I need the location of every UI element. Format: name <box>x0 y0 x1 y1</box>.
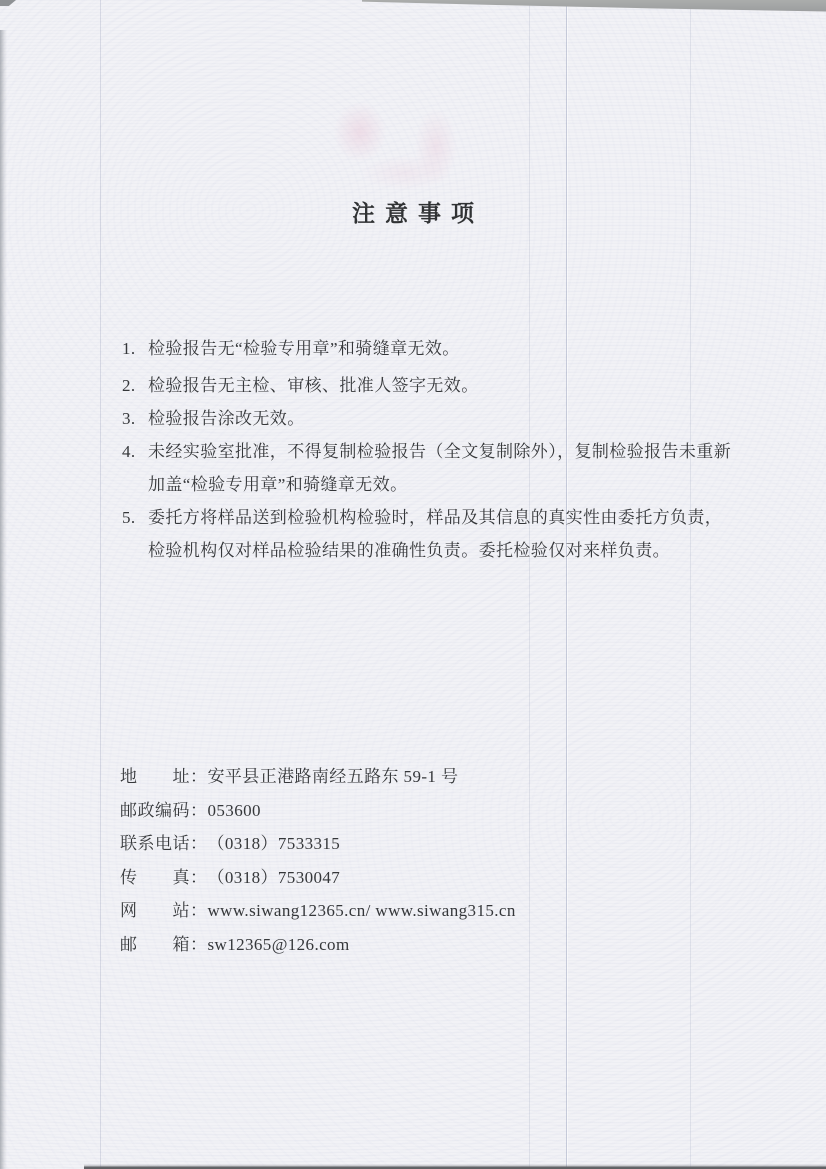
contact-label: 传 真： <box>120 861 208 895</box>
contact-row-phone: 联系电话：（0318）7533315 <box>120 827 516 861</box>
contact-row-postcode: 邮政编码：053600 <box>120 794 516 828</box>
scanned-notice-page: 注意事项 1. 检验报告无“检验专用章”和骑缝章无效。 2. 检验报告无主检、审… <box>0 0 826 1169</box>
fold-line <box>529 0 530 1169</box>
contact-value: 安平县正港路南经五路东 59-1 号 <box>208 767 459 786</box>
contact-value: （0318）7533315 <box>208 834 341 853</box>
contact-value: （0318）7530047 <box>208 868 341 887</box>
fold-line <box>566 0 567 1169</box>
note-item: 4. 未经实验室批准，不得复制检验报告（全文复制除外），复制检验报告未重新 加盖… <box>122 435 742 501</box>
contact-label: 地 址： <box>120 760 208 794</box>
security-paper-texture <box>0 0 826 1169</box>
note-item: 5. 委托方将样品送到检验机构检验时，样品及其信息的真实性由委托方负责， 检验机… <box>122 501 742 567</box>
note-item: 1. 检验报告无“检验专用章”和骑缝章无效。 <box>122 332 742 365</box>
note-text: 未经实验室批准，不得复制检验报告（全文复制除外），复制检验报告未重新 加盖“检验… <box>148 435 731 501</box>
pink-stain <box>325 92 395 172</box>
contact-label: 邮政编码： <box>120 794 208 828</box>
note-number: 1. <box>122 332 148 365</box>
scan-edge-top <box>362 0 826 16</box>
contact-row-website: 网 站：www.siwang12365.cn/ www.siwang315.cn <box>120 894 516 928</box>
note-text: 检验报告涂改无效。 <box>148 402 305 435</box>
pink-stain <box>345 150 465 196</box>
contact-label: 联系电话： <box>120 827 208 861</box>
note-number: 3. <box>122 402 148 435</box>
scan-edge-top-left <box>0 0 16 6</box>
note-text: 检验报告无“检验专用章”和骑缝章无效。 <box>148 332 460 365</box>
note-text: 委托方将样品送到检验机构检验时，样品及其信息的真实性由委托方负责， 检验机构仅对… <box>148 501 722 567</box>
note-number: 4. <box>122 435 148 468</box>
note-number: 5. <box>122 501 148 534</box>
page-title: 注意事项 <box>0 195 826 228</box>
contact-label: 邮 箱： <box>120 928 208 962</box>
note-number: 2. <box>122 369 148 402</box>
contact-value: 053600 <box>208 801 261 820</box>
fold-line <box>100 0 101 1169</box>
fold-line <box>690 0 691 1169</box>
contact-value: www.siwang12365.cn/ www.siwang315.cn <box>208 901 516 920</box>
contact-row-email: 邮 箱：sw12365@126.com <box>120 928 516 962</box>
contact-block: 地 址：安平县正港路南经五路东 59-1 号 邮政编码：053600 联系电话：… <box>120 760 516 961</box>
notes-list: 1. 检验报告无“检验专用章”和骑缝章无效。 2. 检验报告无主检、审核、批准人… <box>122 332 742 567</box>
contact-label: 网 站： <box>120 894 208 928</box>
contact-value: sw12365@126.com <box>208 935 350 954</box>
note-item: 2. 检验报告无主检、审核、批准人签字无效。 <box>122 369 742 402</box>
scan-edge-bottom <box>84 1164 826 1169</box>
contact-row-address: 地 址：安平县正港路南经五路东 59-1 号 <box>120 760 516 794</box>
note-text: 检验报告无主检、审核、批准人签字无效。 <box>148 369 479 402</box>
pink-stain <box>408 96 464 196</box>
contact-row-fax: 传 真：（0318）7530047 <box>120 861 516 895</box>
note-item: 3. 检验报告涂改无效。 <box>122 402 742 435</box>
